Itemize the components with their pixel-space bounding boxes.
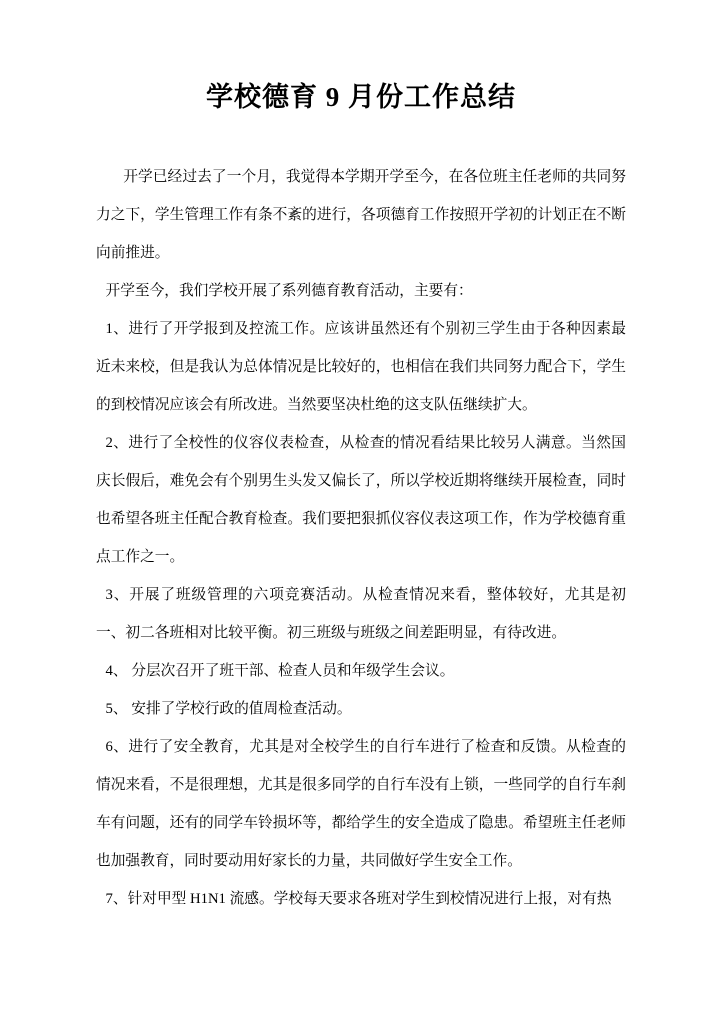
paragraph-item-5: 5、 安排了学校行政的值周检查活动。	[96, 690, 626, 728]
paragraph-item-3: 3、开展了班级管理的六项竞赛活动。从检查情况来看，整体较好，尤其是初一、初二各班…	[96, 576, 626, 652]
paragraph-item-4: 4、 分层次召开了班干部、检查人员和年级学生会议。	[96, 652, 626, 690]
paragraph-lead-in: 开学至今，我们学校开展了系列德育教育活动，主要有：	[96, 272, 626, 310]
paragraph-intro: 开学已经过去了一个月，我觉得本学期开学至今，在各位班主任老师的共同努力之下，学生…	[96, 158, 626, 272]
paragraph-item-7: 7、针对甲型 H1N1 流感。学校每天要求各班对学生到校情况进行上报，对有热	[96, 880, 626, 918]
document-title: 学校德育 9 月份工作总结	[96, 82, 626, 112]
paragraph-item-1: 1、进行了开学报到及控流工作。应该讲虽然还有个别初三学生由于各种因素最近未来校，…	[96, 310, 626, 424]
document-body: 开学已经过去了一个月，我觉得本学期开学至今，在各位班主任老师的共同努力之下，学生…	[96, 158, 626, 918]
paragraph-item-2: 2、进行了全校性的仪容仪表检查，从检查的情况看结果比较另人满意。当然国庆长假后，…	[96, 424, 626, 576]
document-page: 学校德育 9 月份工作总结 开学已经过去了一个月，我觉得本学期开学至今，在各位班…	[0, 0, 721, 1020]
paragraph-item-6: 6、进行了安全教育，尤其是对全校学生的自行车进行了检查和反馈。从检查的情况来看，…	[96, 728, 626, 880]
